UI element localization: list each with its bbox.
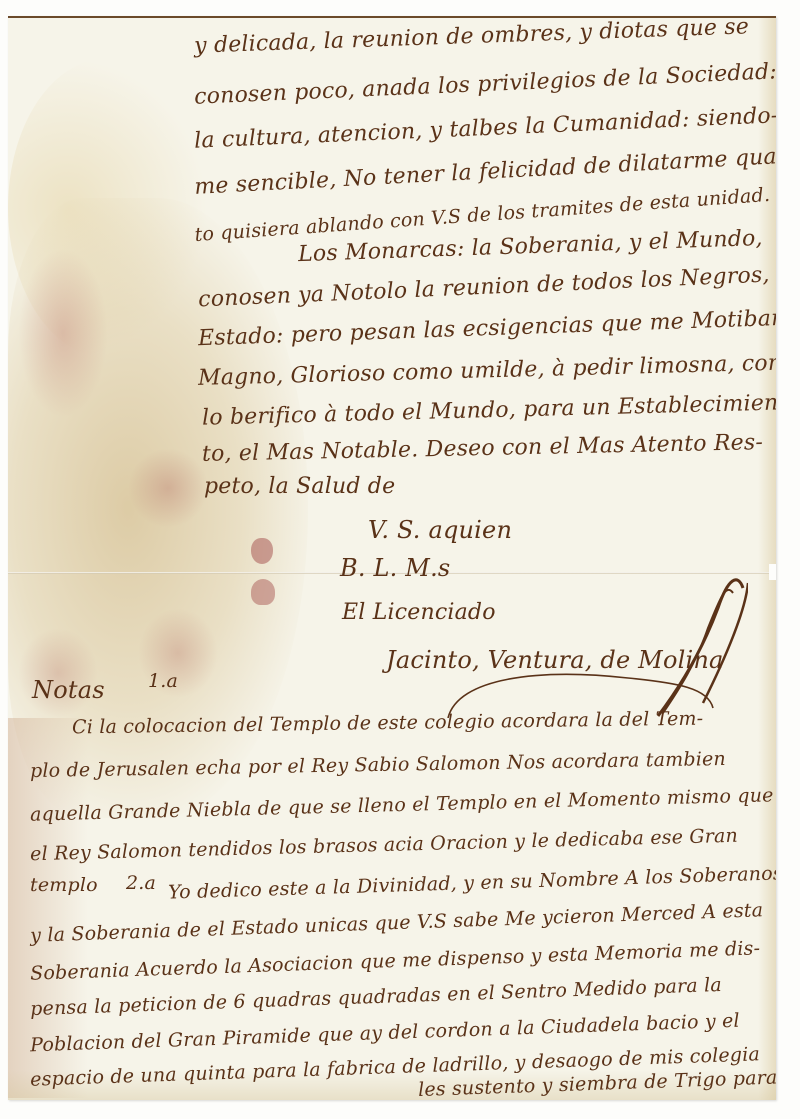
closing-abbreviation: B. L. M.s bbox=[340, 556, 450, 580]
notes-second-mark: 2.a bbox=[126, 874, 156, 893]
body-line: la cultura, atencion, y talbes la Cumani… bbox=[194, 105, 776, 152]
water-stain bbox=[18, 248, 108, 418]
note-line: templo bbox=[30, 876, 98, 895]
notes-heading: Notas bbox=[32, 678, 105, 702]
body-line: Magno, Glorioso como umilde, à pedir lim… bbox=[198, 352, 776, 390]
note-line: el Rey Salomon tendidos los brasos acia … bbox=[30, 827, 738, 865]
signature-name: Jacinto, Ventura, de Molina bbox=[386, 648, 724, 672]
body-line: peto, la Salud de bbox=[204, 476, 395, 498]
body-line: Estado: pero pesan las ecsigencias que m… bbox=[198, 308, 776, 350]
closing-line: V. S. aquien bbox=[368, 518, 512, 542]
body-line: y delicada, la reunion de ombres, y diot… bbox=[194, 16, 750, 57]
closing-title: El Licenciado bbox=[342, 602, 496, 624]
body-line: conosen ya Notolo la reunion de todos lo… bbox=[198, 263, 776, 312]
body-line: lo berifico à todo el Mundo, para un Est… bbox=[202, 392, 776, 429]
note-line: pensa la peticion de 6 quadras quadradas… bbox=[30, 976, 722, 1019]
body-line: conosen poco, anada los privilegios de l… bbox=[194, 61, 776, 108]
water-stain bbox=[18, 628, 98, 718]
note-line: plo de Jerusalen echa por el Rey Sabio S… bbox=[30, 750, 726, 781]
note-line: Yo dedico este a la Divinidad, y en su N… bbox=[168, 864, 776, 902]
signature-flourish-icon bbox=[408, 568, 748, 718]
body-line: to, el Mas Notable. Deseo con el Mas Ate… bbox=[202, 432, 763, 466]
ink-spot bbox=[251, 579, 275, 605]
ink-spot bbox=[251, 538, 273, 564]
note-line: aquella Grande Niebla de que se lleno el… bbox=[30, 786, 774, 824]
water-stain bbox=[128, 448, 208, 528]
note-line: y la Soberania de el Estado unicas que V… bbox=[30, 901, 764, 946]
paper-edge-discoloration bbox=[758, 18, 776, 1100]
manuscript-page: y delicada, la reunion de ombres, y diot… bbox=[8, 16, 776, 1100]
notes-heading-mark: 1.a bbox=[148, 672, 178, 691]
paper-fold-notch bbox=[769, 564, 776, 580]
water-stain bbox=[8, 58, 208, 358]
note-line: Ci la colocacion del Templo de este cole… bbox=[72, 710, 704, 738]
